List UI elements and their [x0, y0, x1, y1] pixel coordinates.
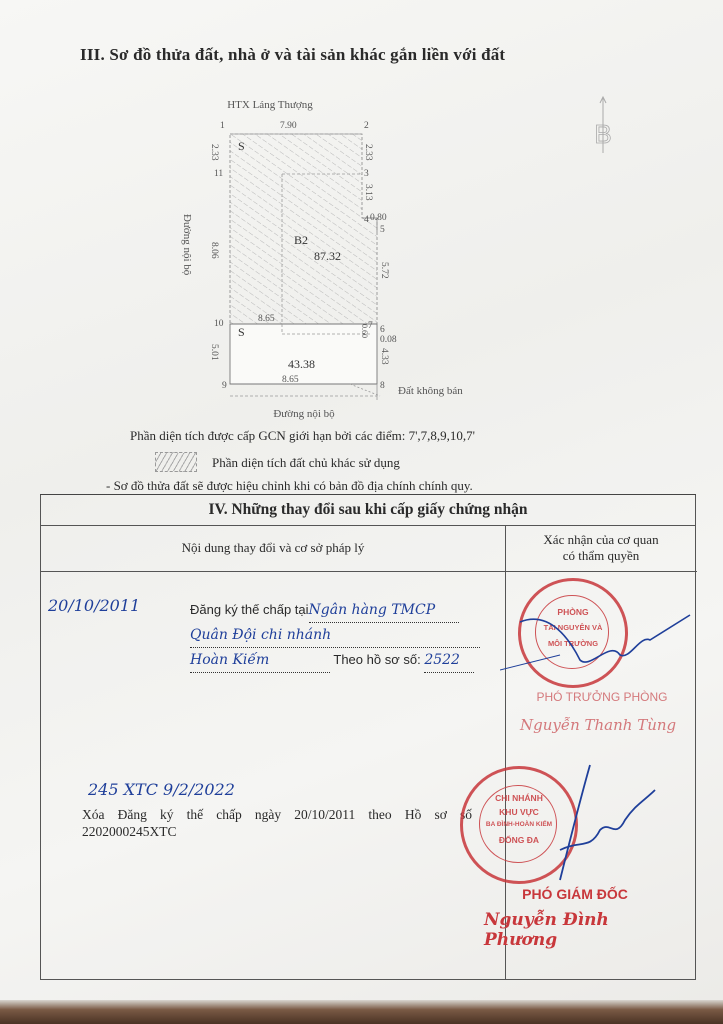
svg-text:2: 2: [364, 121, 369, 131]
section3-title: III. Sơ đồ thửa đất, nhà ở và tài sản kh…: [80, 45, 505, 65]
hatch-swatch-icon: [155, 452, 197, 472]
svg-text:8.65: 8.65: [282, 375, 299, 385]
svg-text:6: 6: [380, 325, 385, 335]
svg-text:S: S: [238, 325, 245, 339]
diagram-remark: - Sơ đồ thửa đất sẽ được hiệu chỉnh khi …: [106, 478, 473, 494]
svg-text:0.08: 0.08: [380, 335, 397, 345]
signer-title: PHÓ TRƯỞNG PHÒNG: [522, 690, 682, 704]
signer-title: PHÓ GIÁM ĐỐC: [500, 886, 650, 902]
land-plot-diagram: HTX Láng Thượng 1 2 11 3 4 5 6 7 8 9 10 …: [170, 92, 490, 422]
neighbor-label: HTX Láng Thượng: [227, 99, 313, 111]
svg-text:3: 3: [364, 169, 369, 179]
signature-icon: [500, 600, 700, 680]
north-arrow-icon: B: [588, 95, 618, 155]
entry1-file-no: 2522: [424, 648, 474, 673]
svg-text:0.60: 0.60: [360, 324, 369, 338]
svg-text:1: 1: [220, 121, 225, 131]
entry1-branch: Quân Đội chi nhánh: [190, 623, 480, 648]
svg-text:Đất không bán: Đất không bán: [398, 385, 463, 397]
svg-text:0.80: 0.80: [370, 213, 387, 223]
signature-icon: [540, 760, 660, 890]
compass-label: B: [594, 119, 611, 149]
svg-text:10: 10: [214, 319, 224, 329]
svg-text:4: 4: [364, 215, 369, 225]
entry1-bank: Ngân hàng TMCP: [309, 598, 459, 623]
boundary-note: Phần diện tích được cấp GCN giới hạn bởi…: [130, 428, 475, 444]
entry1-prefix: Đăng ký thế chấp tại: [190, 602, 309, 617]
svg-text:B2: B2: [294, 233, 308, 247]
column-header-content: Nội dung thay đổi và cơ sở pháp lý: [41, 525, 505, 572]
svg-text:8.65: 8.65: [258, 314, 275, 324]
svg-text:Đường nội bộ: Đường nội bộ: [273, 408, 335, 420]
svg-text:5.72: 5.72: [379, 262, 389, 279]
svg-text:5: 5: [380, 225, 385, 235]
entry1-file-label: Theo hồ sơ số:: [333, 652, 420, 667]
entry2-date: 245 XTC 9/2/2022: [88, 780, 235, 799]
signer-name: Nguyễn Thanh Tùng: [520, 716, 690, 734]
entry1-date: 20/10/2011: [48, 596, 140, 615]
svg-text:2.33: 2.33: [363, 144, 373, 161]
svg-text:9: 9: [222, 381, 227, 391]
svg-text:S: S: [238, 139, 245, 153]
hatch-legend-label: Phần diện tích đất chủ khác sử dụng: [212, 455, 400, 471]
column-header-line: Xác nhận của cơ quan: [505, 532, 697, 548]
entry1-text: Đăng ký thế chấp tạiNgân hàng TMCP Quân …: [190, 598, 480, 673]
changes-table: IV. Những thay đổi sau khi cấp giấy chứn…: [40, 495, 696, 980]
svg-text:8: 8: [380, 381, 385, 391]
column-header-confirmation: Xác nhận của cơ quan có thẩm quyền: [505, 525, 697, 572]
svg-text:87.32: 87.32: [314, 249, 341, 263]
svg-text:11: 11: [214, 169, 223, 179]
svg-text:Đường nội bộ: Đường nội bộ: [181, 214, 193, 276]
desk-background: [0, 1000, 723, 1024]
svg-text:8.06: 8.06: [209, 242, 219, 259]
svg-text:4.33: 4.33: [379, 348, 389, 365]
entry1-branch-name: Hoàn Kiếm: [190, 648, 330, 673]
column-header-line: có thẩm quyền: [505, 548, 697, 564]
entry2-text: Xóa Đăng ký thế chấp ngày 20/10/2011 the…: [82, 806, 472, 840]
svg-text:7.90: 7.90: [280, 121, 297, 131]
svg-text:2.33: 2.33: [209, 144, 219, 161]
signer-name: Nguyễn Đình Phương: [484, 910, 674, 950]
svg-text:5.01: 5.01: [209, 344, 219, 361]
svg-text:43.38: 43.38: [288, 357, 315, 371]
section4-title: IV. Những thay đổi sau khi cấp giấy chứn…: [41, 495, 695, 526]
svg-text:3.13: 3.13: [363, 184, 373, 201]
